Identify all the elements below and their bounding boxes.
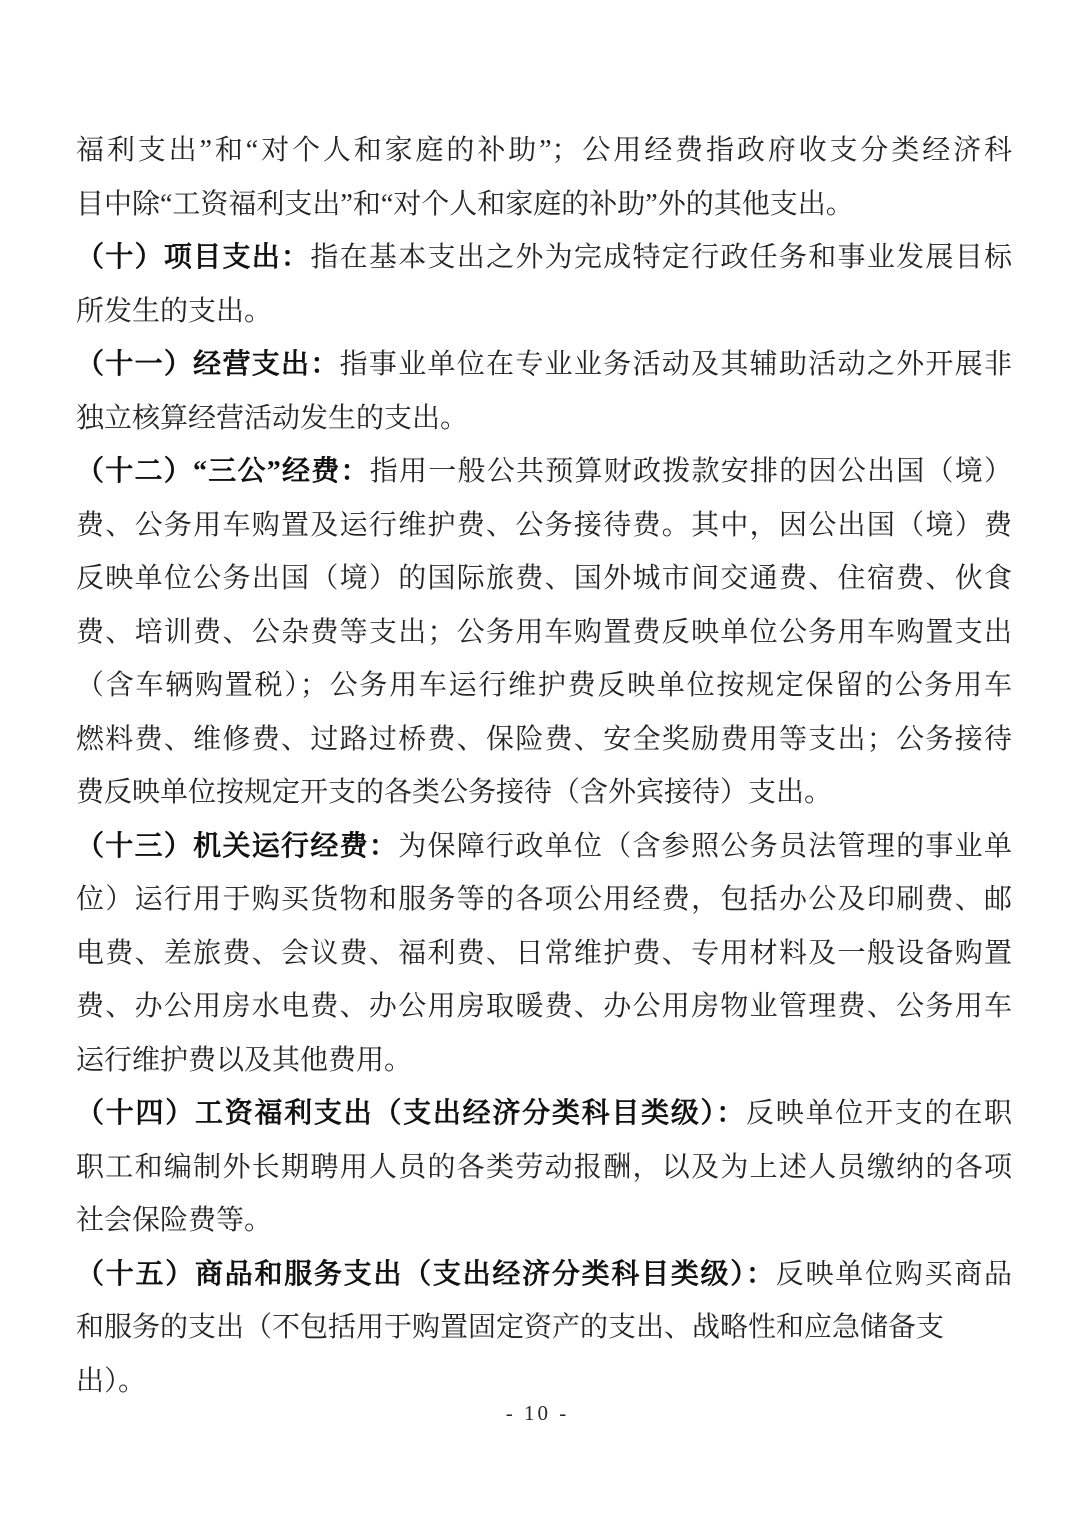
definition-line: （十五）商品和服务支出（支出经济分类科目类级）：反映单位购买商品 [76, 1248, 1012, 1302]
text-line: 社会保险费等。 [76, 1194, 1012, 1248]
text-line: 费、公务用车购置及运行维护费、公务接待费。其中，因公出国（境）费 [76, 499, 1012, 553]
text-line: 福利支出”和“对个人和家庭的补助”；公用经费指政府收支分类经济科 [76, 124, 1012, 178]
definition-line: （十四）工资福利支出（支出经济分类科目类级）：反映单位开支的在职 [76, 1087, 1012, 1141]
text-line: 费、培训费、公杂费等支出；公务用车购置费反映单位公务用车购置支出 [76, 606, 1012, 660]
text-line: 所发生的支出。 [76, 285, 1012, 339]
text-line: 电费、差旅费、会议费、福利费、日常维护费、专用材料及一般设备购置 [76, 927, 1012, 981]
text-line: 费、办公用房水电费、办公用房取暖费、办公用房物业管理费、公务用车 [76, 980, 1012, 1034]
term-heading: （十五）商品和服务支出（支出经济分类科目类级）： [76, 1259, 776, 1290]
text-line: （含车辆购置税）；公务用车运行维护费反映单位按规定保留的公务用车 [76, 659, 1012, 713]
term-heading: （十一）经营支出： [76, 349, 340, 380]
definition-line: （十三）机关运行经费：为保障行政单位（含参照公务员法管理的事业单 [76, 820, 1012, 874]
definition-line: （十一）经营支出：指事业单位在专业业务活动及其辅助活动之外开展非 [76, 338, 1012, 392]
definition-line: （十）项目支出：指在基本支出之外为完成特定行政任务和事业发展目标 [76, 231, 1012, 285]
text-line: 运行维护费以及其他费用。 [76, 1034, 1012, 1088]
text-line: 费反映单位按规定开支的各类公务接待（含外宾接待）支出。 [76, 766, 1012, 820]
text-line: 职工和编制外长期聘用人员的各类劳动报酬，以及为上述人员缴纳的各项 [76, 1141, 1012, 1195]
page-number: - 10 - [0, 1398, 1075, 1428]
document-body: 福利支出”和“对个人和家庭的补助”；公用经费指政府收支分类经济科目中除“工资福利… [76, 124, 1012, 1355]
text-line: 燃料费、维修费、过路过桥费、保险费、安全奖励费用等支出；公务接待 [76, 713, 1012, 767]
definition-line: （十二）“三公”经费：指用一般公共预算财政拨款安排的因公出国（境） [76, 445, 1012, 499]
term-heading: （十三）机关运行经费： [76, 831, 398, 862]
text-line: 反映单位公务出国（境）的国际旅费、国外城市间交通费、住宿费、伙食 [76, 552, 1012, 606]
term-heading: （十四）工资福利支出（支出经济分类科目类级）： [76, 1098, 746, 1129]
term-heading: （十二）“三公”经费： [76, 456, 370, 487]
text-line: 目中除“工资福利支出”和“对个人和家庭的补助”外的其他支出。 [76, 178, 1012, 232]
text-line: 独立核算经营活动发生的支出。 [76, 392, 1012, 446]
document-page: 福利支出”和“对个人和家庭的补助”；公用经费指政府收支分类经济科目中除“工资福利… [0, 0, 1075, 1520]
text-line: 位）运行用于购买货物和服务等的各项公用经费，包括办公及印刷费、邮 [76, 873, 1012, 927]
term-heading: （十）项目支出： [76, 242, 310, 273]
text-line: 和服务的支出（不包括用于购置固定资产的支出、战略性和应急储备支出）。 [76, 1301, 1012, 1355]
